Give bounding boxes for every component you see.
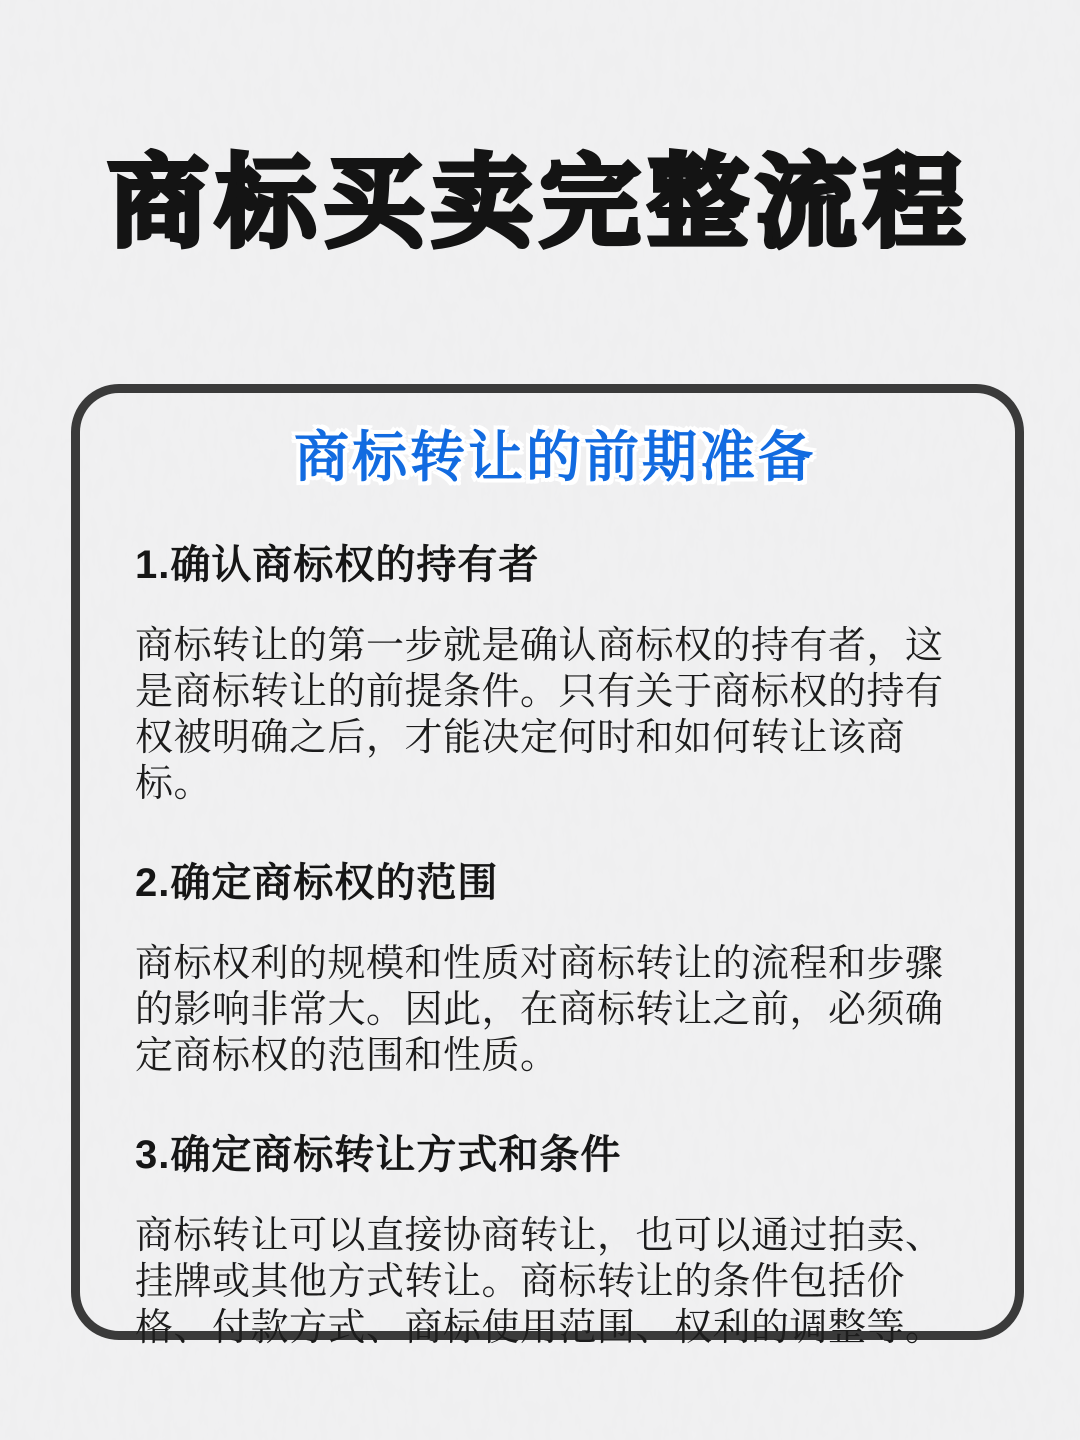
section-1-body: 商标转让的第一步就是确认商标权的持有者，这是商标转让的前提条件。只有关于商标权的… xyxy=(135,623,975,807)
page-title: 商标买卖完整流程 xyxy=(0,122,1080,266)
section-1-heading: 1.确认商标权的持有者 xyxy=(135,541,975,589)
section-2: 2.确定商标权的范围 商标权利的规模和性质对商标转让的流程和步骤的影响非常大。因… xyxy=(135,859,975,1079)
section-2-body: 商标权利的规模和性质对商标转让的流程和步骤的影响非常大。因此，在商标转让之前，必… xyxy=(135,941,975,1079)
card-heading: 商标转让的前期准备 xyxy=(135,425,975,489)
content-card: 商标转让的前期准备 1.确认商标权的持有者 商标转让的第一步就是确认商标权的持有… xyxy=(71,384,1024,1340)
section-3: 3.确定商标转让方式和条件 商标转让可以直接协商转让，也可以通过拍卖、挂牌或其他… xyxy=(135,1131,975,1351)
section-2-heading: 2.确定商标权的范围 xyxy=(135,859,975,907)
section-3-body: 商标转让可以直接协商转让，也可以通过拍卖、挂牌或其他方式转让。商标转让的条件包括… xyxy=(135,1213,975,1351)
infographic-page: 商标买卖完整流程 商标转让的前期准备 1.确认商标权的持有者 商标转让的第一步就… xyxy=(0,0,1080,1440)
section-1: 1.确认商标权的持有者 商标转让的第一步就是确认商标权的持有者，这是商标转让的前… xyxy=(135,541,975,807)
section-3-heading: 3.确定商标转让方式和条件 xyxy=(135,1131,975,1179)
